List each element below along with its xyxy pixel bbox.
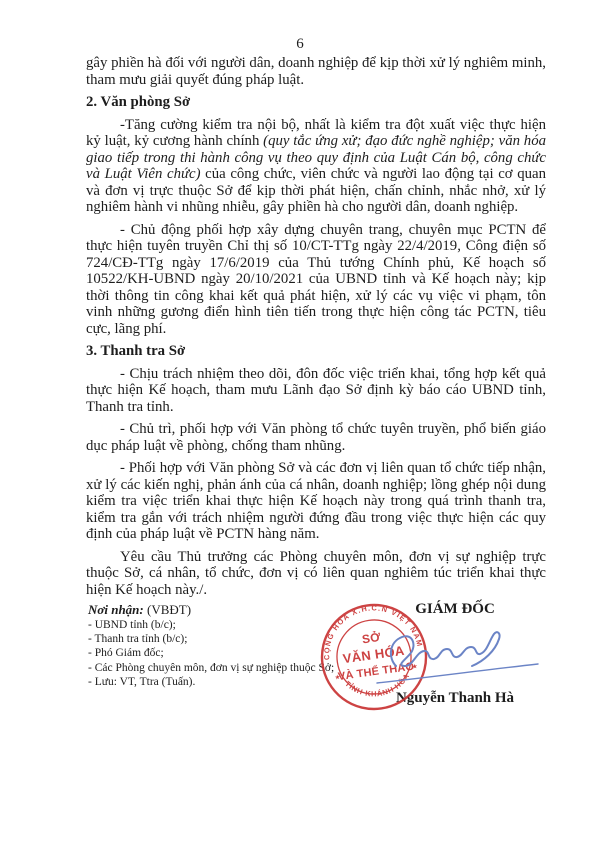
paragraph-chu-dong: - Chủ động phối hợp xây dựng chuyên tran… (86, 222, 546, 338)
paragraph-continuation: gây phiền hà đối với người dân, doanh ng… (86, 55, 546, 88)
signature-ink (372, 620, 544, 690)
recipients-label: Nơi nhận: (88, 602, 144, 617)
signature-scribble (391, 632, 500, 666)
document-page: 6 gây phiền hà đối với người dân, doanh … (0, 0, 600, 848)
paragraph-chiu-trach-nhiem: - Chịu trách nhiệm theo dõi, đôn đốc việ… (86, 366, 546, 416)
signature-underline (377, 664, 538, 683)
paragraph-tang-cuong: -Tăng cường kiểm tra nội bộ, nhất là kiể… (86, 117, 546, 216)
paragraph-yeu-cau: Yêu cầu Thủ trưởng các Phòng chuyên môn,… (86, 549, 546, 599)
page-number: 6 (0, 36, 600, 53)
paragraph-chu-tri: - Chủ trì, phối hợp với Văn phòng tổ chứ… (86, 421, 546, 454)
document-body: gây phiền hà đối với người dân, doanh ng… (86, 55, 546, 604)
heading-thanh-tra-so: 3. Thanh tra Sở (86, 343, 546, 360)
heading-van-phong-so: 2. Văn phòng Sở (86, 94, 546, 111)
paragraph-phoi-hop: - Phối hợp với Văn phòng Sở và các đơn v… (86, 460, 546, 543)
recipients-label-suffix: (VBĐT) (144, 602, 191, 617)
stamp-star-left-icon: ★ (334, 674, 341, 682)
